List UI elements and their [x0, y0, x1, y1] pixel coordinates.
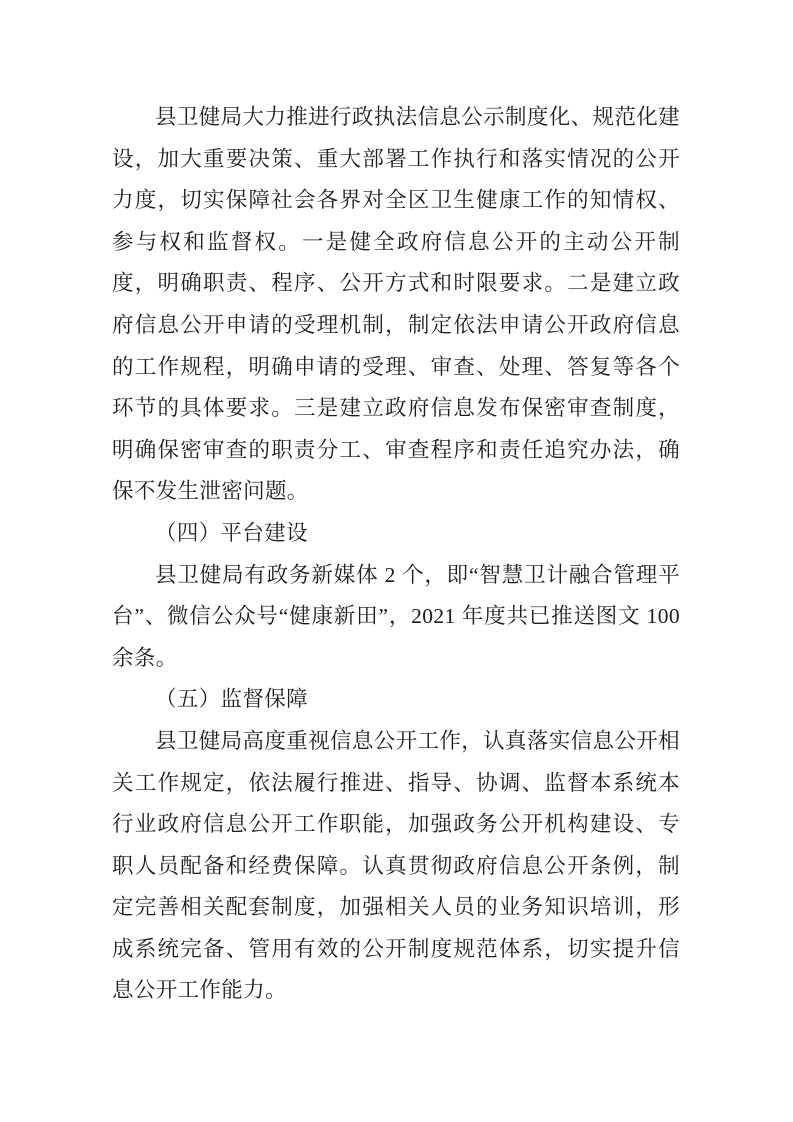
section-heading-platform-construction: （四）平台建设	[112, 513, 680, 555]
document-page: 县卫健局大力推进行政执法信息公示制度化、规范化建设，加大重要决策、重大部署工作执…	[0, 0, 793, 1122]
body-paragraph: 县卫健局有政务新媒体 2 个，即“智慧卫计融合管理平台”、微信公众号“健康新田”…	[112, 555, 680, 680]
body-paragraph: 县卫健局大力推进行政执法信息公示制度化、规范化建设，加大重要决策、重大部署工作执…	[112, 97, 680, 513]
document-text-block: 县卫健局大力推进行政执法信息公示制度化、规范化建设，加大重要决策、重大部署工作执…	[112, 97, 680, 1012]
body-paragraph: 县卫健局高度重视信息公开工作，认真落实信息公开相关工作规定，依法履行推进、指导、…	[112, 721, 680, 1012]
section-heading-supervision-guarantee: （五）监督保障	[112, 679, 680, 721]
